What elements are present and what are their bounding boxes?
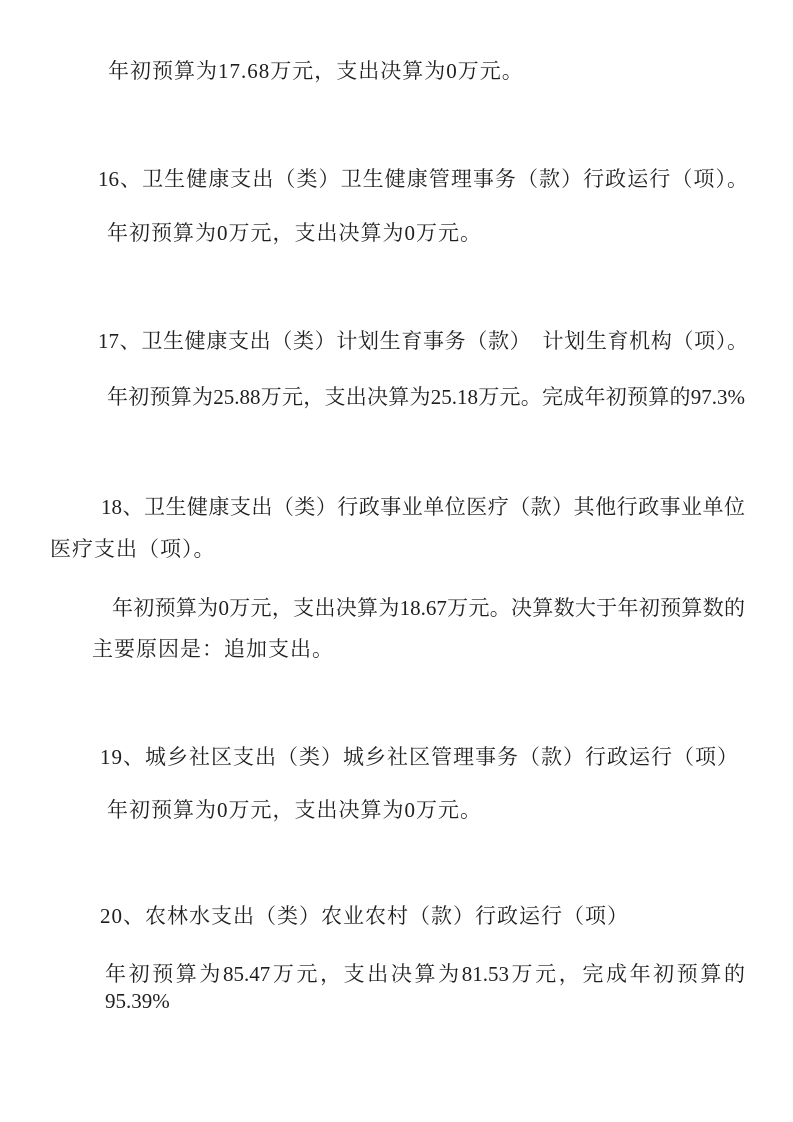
item-19-heading: 19、城乡社区支出（类）城乡社区管理事务（款）行政运行（项） (100, 744, 739, 771)
document-page: 年初预算为17.68万元，支出决算为0万元。 16、卫生健康支出（类）卫生健康管… (0, 0, 793, 1122)
item-19-body: 年初预算为0万元，支出决算为0万元。 (107, 797, 482, 824)
item-18-heading-line-2: 医疗支出（项）。 (50, 536, 216, 563)
item-17-heading: 17、卫生健康支出（类）计划生育事务（款） 计划生育机构（项）。 (98, 328, 748, 355)
item-18-body-line-1: 年初预算为0万元，支出决算为18.67万元。决算数大于年初预算数的 (112, 595, 745, 622)
item-17-body: 年初预算为25.88万元，支出决算为25.18万元。完成年初预算的97.3% (107, 384, 745, 411)
item-18-body-line-2: 主要原因是：追加支出。 (92, 636, 334, 663)
item-16-body: 年初预算为0万元，支出决算为0万元。 (107, 220, 482, 247)
item-18-heading-line-1: 18、卫生健康支出（类）行政事业单位医疗（款）其他行政事业单位 (101, 494, 745, 521)
item-16-heading: 16、卫生健康支出（类）卫生健康管理事务（款）行政运行（项）。 (98, 166, 748, 193)
item-20-heading: 20、农林水支出（类）农业农村（款）行政运行（项） (100, 903, 629, 930)
carryover-budget-line: 年初预算为17.68万元，支出决算为0万元。 (108, 58, 524, 85)
item-20-body: 年初预算为85.47万元，支出决算为81.53万元，完成年初预算的95.39% (105, 961, 745, 1015)
